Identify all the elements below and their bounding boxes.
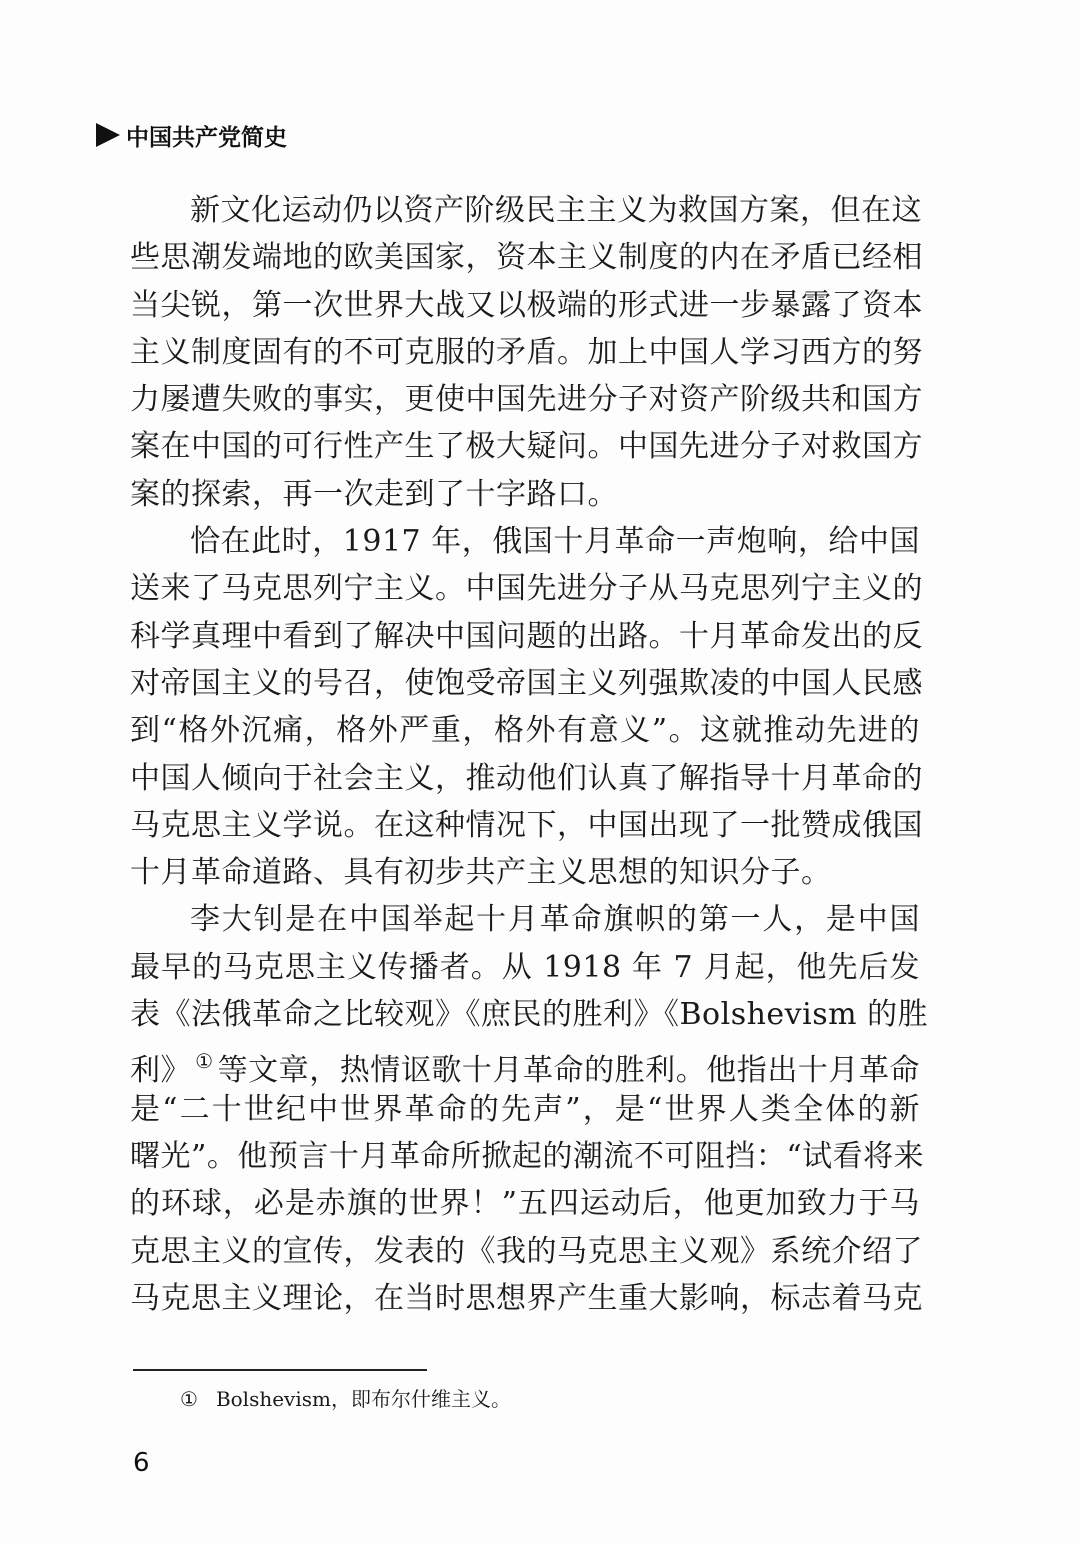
book-title: 中国共产党简史 <box>126 119 287 152</box>
text-line: 新文化运动仍以资产阶级民主主义为救国方案，但在这 <box>130 187 920 234</box>
text-line: 是“二十世纪中世界革命的先声”，是“世界人类全体的新 <box>130 1086 920 1133</box>
text-line: 恰在此时，1917 年，俄国十月革命一声炮响，给中国 <box>130 518 920 565</box>
running-header: 中国共产党简史 <box>96 118 287 152</box>
text-line: 对帝国主义的号召，使饱受帝国主义列强欺凌的中国人民感 <box>130 660 920 707</box>
page-number: 6 <box>133 1448 150 1478</box>
text-line: 克思主义的宣传，发表的《我的马克思主义观》系统介绍了 <box>130 1228 920 1275</box>
text-line: 最早的马克思主义传播者。从 1918 年 7 月起，他先后发 <box>130 944 920 991</box>
text-line: 李大钊是在中国举起十月革命旗帜的第一人，是中国 <box>130 896 920 943</box>
footnote-text: Bolshevism，即布尔什维主义。 <box>216 1387 511 1411</box>
text-line: 到“格外沉痛，格外严重，格外有意义”。这就推动先进的 <box>130 707 920 754</box>
text-line: 表《法俄革命之比较观》《庶民的胜利》《Bolshevism 的胜 <box>130 991 920 1038</box>
text-line: 科学真理中看到了解决中国问题的出路。十月革命发出的反 <box>130 613 920 660</box>
text-fragment: 等文章，热情讴歌十月革命的胜利。他指出十月革命 <box>218 1053 920 1088</box>
body-text: 新文化运动仍以资产阶级民主主义为救国方案，但在这 些思潮发端地的欧美国家，资本主… <box>130 187 920 1322</box>
text-line: 主义制度固有的不可克服的矛盾。加上中国人学习西方的努 <box>130 329 920 376</box>
text-line: 案在中国的可行性产生了极大疑问。中国先进分子对救国方 <box>130 423 920 470</box>
text-fragment: 利》 <box>130 1053 191 1088</box>
footnote-divider <box>133 1369 427 1371</box>
text-line: 的环球，必是赤旗的世界！”五四运动后，他更加致力于马 <box>130 1180 920 1227</box>
triangle-right-icon <box>96 123 120 147</box>
footnote-marker: ① <box>180 1384 198 1414</box>
footnote-reference[interactable]: ① <box>195 1049 213 1073</box>
text-line: 马克思主义学说。在这种情况下，中国出现了一批赞成俄国 <box>130 802 920 849</box>
text-line: 中国人倾向于社会主义，推动他们认真了解指导十月革命的 <box>130 755 920 802</box>
text-line: 当尖锐，第一次世界大战又以极端的形式进一步暴露了资本 <box>130 282 920 329</box>
text-line: 送来了马克思列宁主义。中国先进分子从马克思列宁主义的 <box>130 565 920 612</box>
text-line: 曙光”。他预言十月革命所掀起的潮流不可阻挡：“试看将来 <box>130 1133 920 1180</box>
book-page: 中国共产党简史 新文化运动仍以资产阶级民主主义为救国方案，但在这 些思潮发端地的… <box>0 0 1080 1545</box>
text-line: 些思潮发端地的欧美国家，资本主义制度的内在矛盾已经相 <box>130 234 920 281</box>
text-line: 案的探索，再一次走到了十字路口。 <box>130 471 920 518</box>
text-line: 十月革命道路、具有初步共产主义思想的知识分子。 <box>130 849 920 896</box>
text-line: 力屡遭失败的事实，更使中国先进分子对资产阶级共和国方 <box>130 376 920 423</box>
footnote: ①Bolshevism，即布尔什维主义。 <box>180 1384 511 1414</box>
text-line: 马克思主义理论，在当时思想界产生重大影响，标志着马克 <box>130 1275 920 1322</box>
text-line-with-footnote-ref: 利》①等文章，热情讴歌十月革命的胜利。他指出十月革命 <box>130 1038 920 1085</box>
